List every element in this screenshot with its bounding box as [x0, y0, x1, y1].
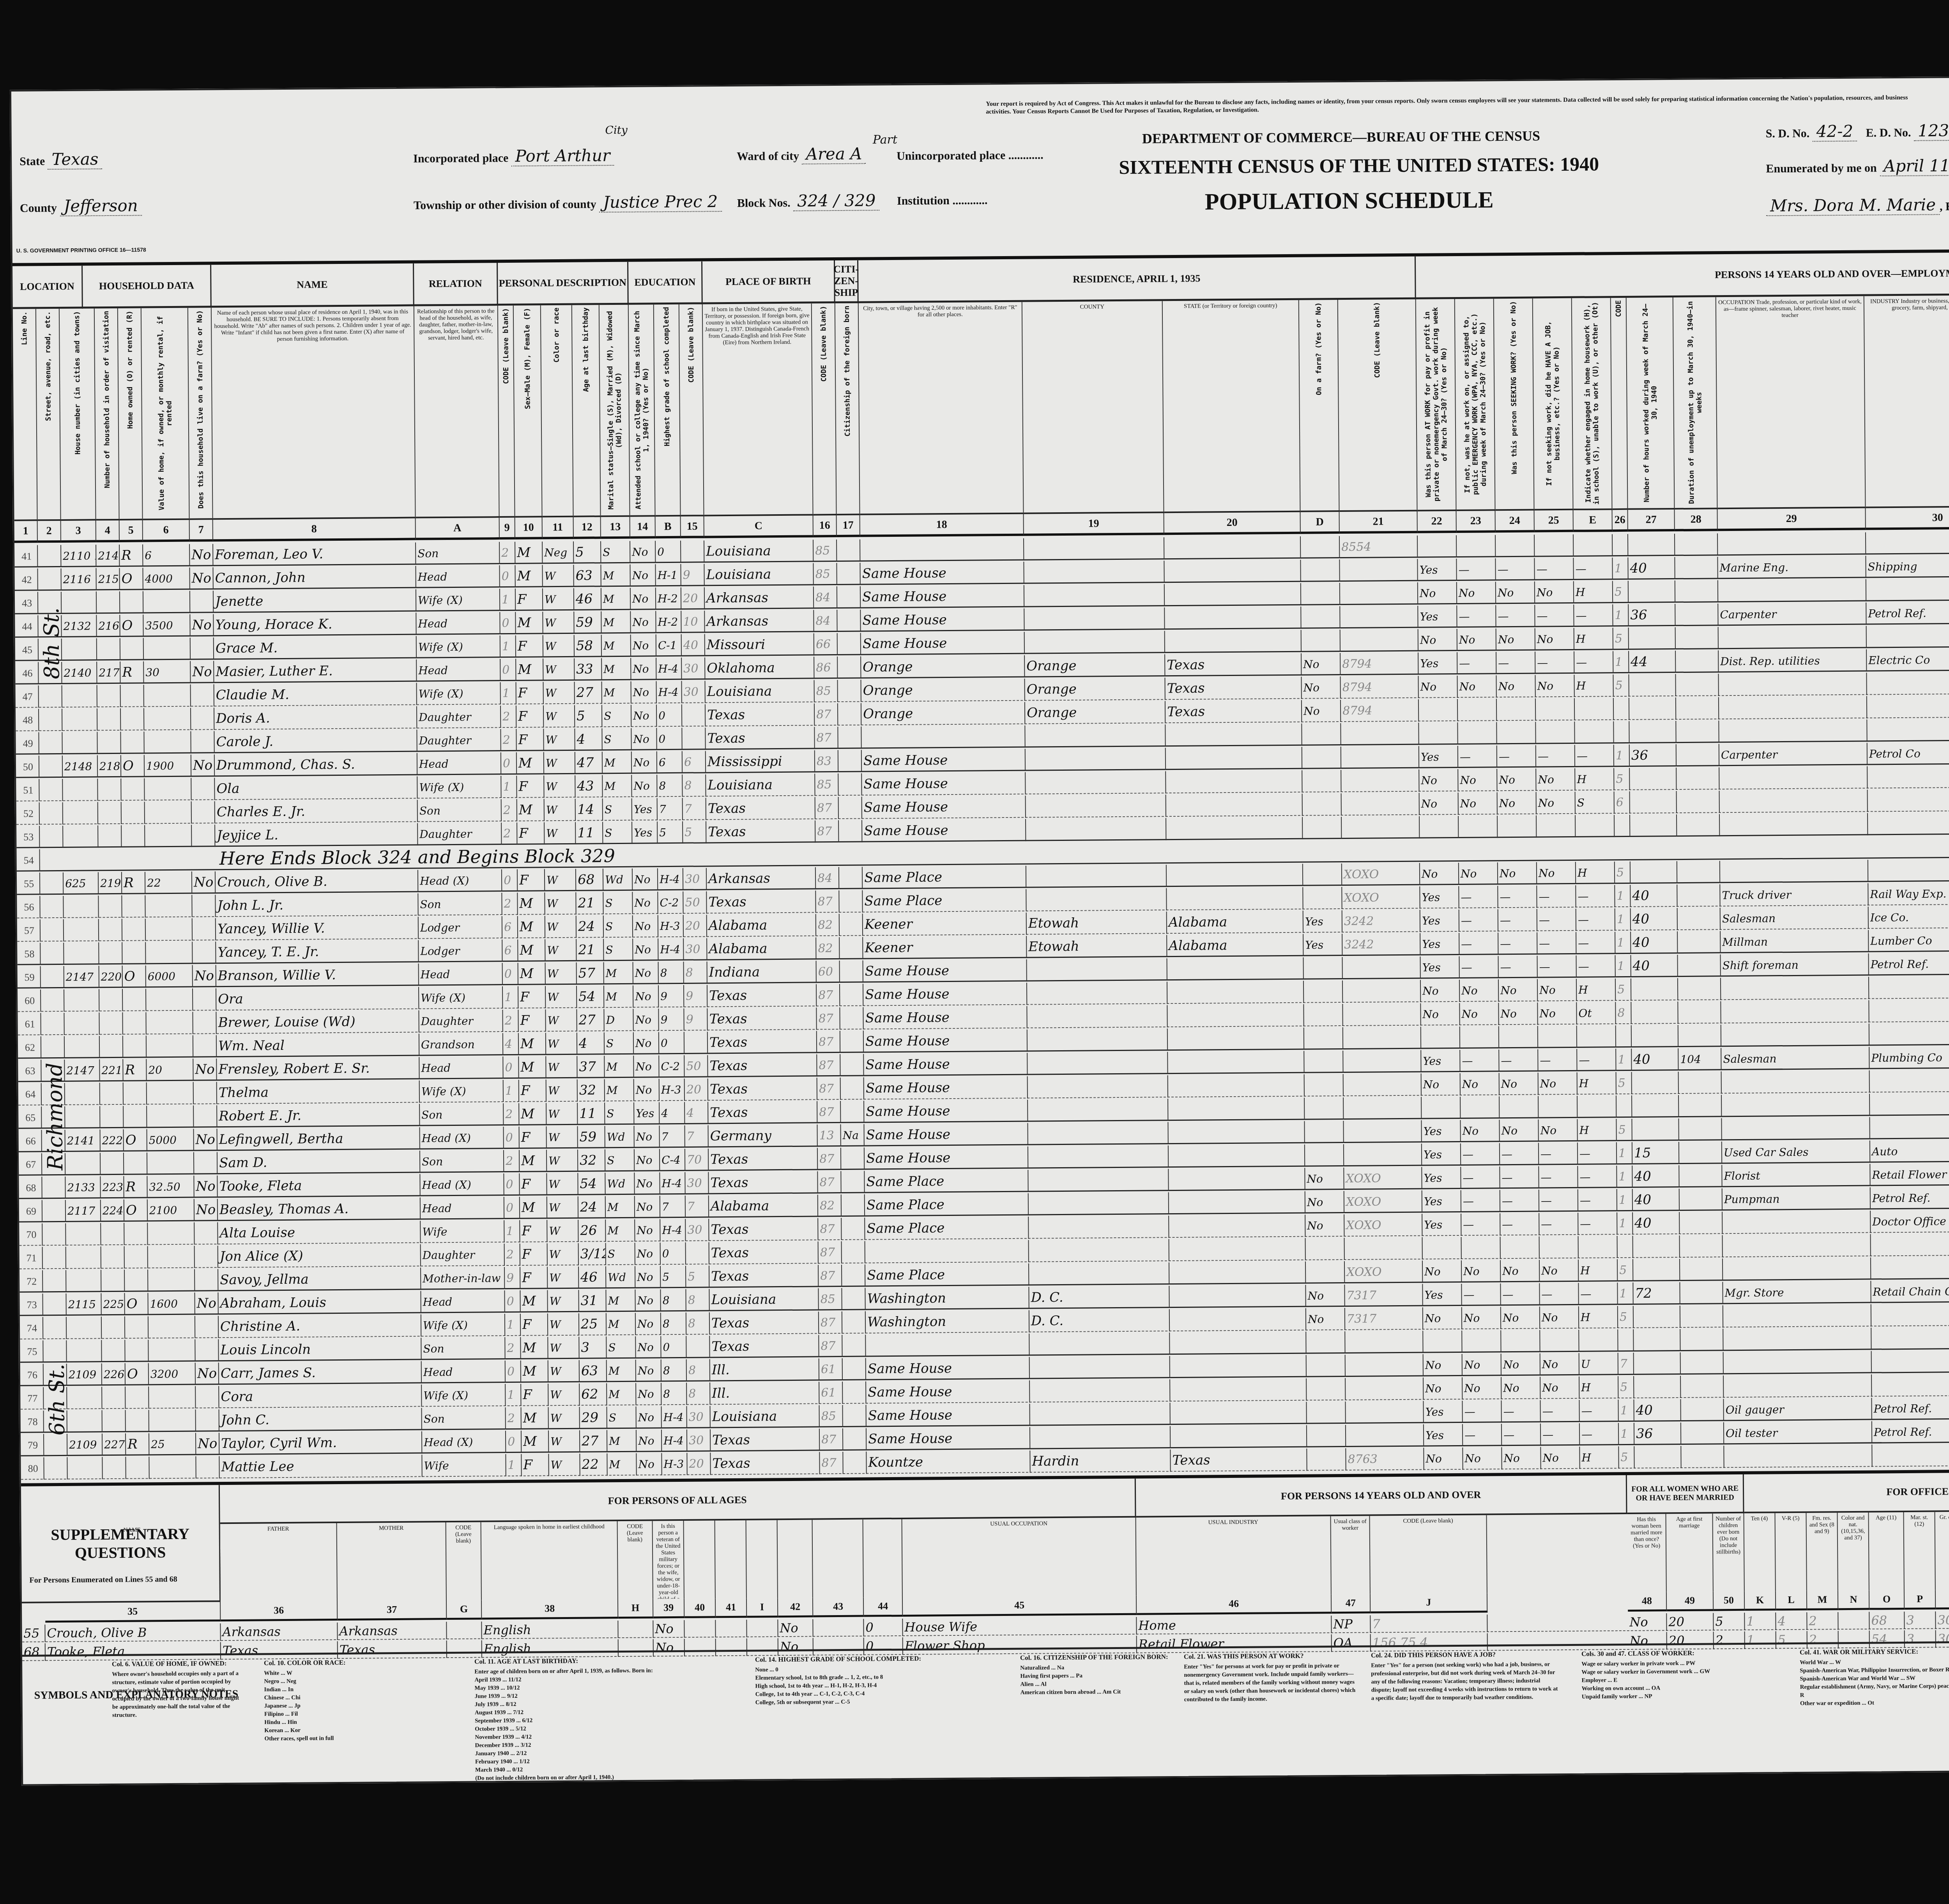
cell-own[interactable]: R — [124, 1176, 147, 1198]
cell-race[interactable]: W — [546, 1056, 577, 1079]
cell-res20[interactable]: No — [1302, 653, 1341, 676]
cell-sch[interactable]: No — [633, 938, 658, 961]
cell-rel[interactable]: Wife (X) — [416, 589, 500, 611]
cell-farm[interactable] — [195, 1246, 218, 1268]
cell-sch[interactable]: No — [637, 1406, 662, 1428]
cell-res20[interactable] — [1301, 536, 1340, 559]
cell-own[interactable]: R — [120, 661, 144, 683]
cell-e24[interactable]: — — [1537, 932, 1576, 955]
cell-cB[interactable] — [684, 1032, 708, 1054]
cell-street[interactable] — [39, 732, 62, 754]
cell-cB[interactable] — [686, 1336, 710, 1358]
cell-e27[interactable] — [1680, 1282, 1723, 1304]
cell-hh[interactable]: 221 — [100, 1059, 123, 1081]
cell-e24[interactable]: — — [1535, 651, 1574, 674]
cell-mar[interactable]: S — [605, 1032, 634, 1055]
cell-e21[interactable] — [1422, 1097, 1461, 1119]
cell-res20[interactable] — [1305, 1121, 1344, 1143]
cell-name[interactable]: Thelma — [217, 1081, 420, 1104]
cell-occ[interactable]: Florist — [1722, 1164, 1870, 1187]
cell-res18[interactable] — [1028, 1169, 1169, 1192]
cell-rel[interactable]: Son — [416, 542, 500, 564]
cell-name[interactable]: Alta Louise — [218, 1221, 421, 1245]
cell-sex[interactable]: F — [517, 775, 544, 798]
cell-res20[interactable] — [1307, 1401, 1346, 1424]
cell-grade[interactable]: H-3 — [660, 1079, 685, 1101]
cell-hh[interactable] — [101, 1223, 124, 1245]
cell-line[interactable]: 42 — [14, 568, 38, 591]
cell-res19[interactable] — [1168, 1028, 1304, 1051]
cell-hh[interactable]: 226 — [102, 1363, 126, 1386]
cell-value[interactable] — [145, 802, 192, 824]
cell-cB[interactable]: 8 — [684, 961, 707, 984]
cell-line[interactable]: 61 — [18, 1013, 41, 1035]
cell-farm[interactable] — [195, 1222, 218, 1244]
cell-cD[interactable] — [1343, 980, 1421, 1003]
cell-e21[interactable]: Yes — [1422, 1214, 1461, 1236]
cell-sch[interactable]: No — [633, 915, 658, 937]
cell-occ[interactable] — [1720, 790, 1868, 813]
cell-res19[interactable] — [1169, 1145, 1305, 1168]
cell-farm[interactable]: No — [192, 871, 216, 894]
cell-age[interactable]: 5 — [574, 541, 601, 563]
cell-res17[interactable]: Same House — [864, 1053, 1028, 1076]
cell-cA[interactable]: 2 — [501, 706, 516, 728]
supp-cell-G[interactable] — [447, 1621, 482, 1639]
cell-ind[interactable]: Rail Way Exp. — [1868, 882, 1949, 906]
cell-e23[interactable]: No — [1501, 1306, 1540, 1329]
cell-hh[interactable] — [102, 1387, 126, 1409]
cell-occ[interactable]: Salesman — [1721, 1047, 1869, 1071]
cell-res17[interactable]: Same House — [861, 632, 1025, 655]
cell-line[interactable]: 53 — [16, 826, 40, 848]
cell-res18[interactable] — [1027, 982, 1167, 1005]
cell-e25[interactable]: H — [1579, 1376, 1618, 1399]
cell-value[interactable]: 32.50 — [147, 1176, 194, 1198]
cell-res18[interactable] — [1024, 561, 1164, 584]
cell-cA[interactable]: 4 — [503, 1033, 519, 1055]
cell-hh[interactable]: 227 — [103, 1433, 126, 1456]
cell-age[interactable]: 21 — [577, 939, 604, 961]
cell-sch[interactable]: No — [633, 868, 658, 890]
cell-e22[interactable]: — — [1460, 1049, 1499, 1072]
cell-street[interactable] — [40, 802, 63, 825]
cell-hh[interactable] — [97, 591, 120, 614]
cell-res19[interactable] — [1170, 1402, 1307, 1425]
cell-value[interactable] — [143, 591, 190, 614]
cell-mar[interactable]: S — [602, 705, 631, 727]
cell-res17[interactable]: Same House — [863, 959, 1027, 983]
cell-birth[interactable]: Texas — [708, 1078, 817, 1101]
cell-res19[interactable] — [1166, 794, 1303, 817]
cell-cB[interactable]: 9 — [681, 564, 704, 586]
cell-res18[interactable]: D. C. — [1029, 1286, 1169, 1309]
cell-rel[interactable]: Head (X) — [422, 1431, 506, 1453]
cell-cE[interactable] — [1616, 1025, 1632, 1048]
cell-mar[interactable]: M — [602, 658, 631, 681]
cell-cA[interactable]: 0 — [502, 869, 518, 892]
cell-house[interactable] — [62, 732, 97, 754]
cell-name[interactable]: Ola — [215, 777, 417, 800]
cell-cit[interactable] — [839, 797, 862, 819]
cell-e24[interactable] — [1536, 698, 1575, 721]
cell-age[interactable]: 14 — [576, 798, 603, 821]
cell-e22[interactable]: — — [1459, 909, 1498, 932]
cell-occ[interactable] — [1719, 720, 1867, 743]
cell-cB[interactable]: 50 — [684, 1055, 708, 1077]
cell-birth[interactable]: Texas — [709, 1171, 818, 1194]
supp-cell-name[interactable]: Crouch, Olive B — [45, 1623, 221, 1642]
cell-hh[interactable] — [100, 1036, 123, 1058]
cell-e27[interactable] — [1678, 954, 1721, 977]
cell-e22[interactable]: No — [1462, 1307, 1501, 1329]
cell-res19[interactable] — [1166, 770, 1302, 793]
cell-cE[interactable]: 5 — [1613, 674, 1629, 697]
cell-line[interactable]: 70 — [19, 1223, 42, 1246]
cell-e27[interactable] — [1675, 580, 1718, 603]
cell-cD[interactable] — [1340, 559, 1418, 582]
cell-mar[interactable]: Wd — [603, 869, 633, 891]
cell-ind[interactable] — [1871, 1256, 1949, 1280]
cell-name[interactable]: Carole J. — [214, 730, 417, 754]
cell-own[interactable]: R — [120, 544, 143, 566]
cell-sex[interactable]: M — [518, 916, 545, 938]
cell-res20[interactable] — [1304, 1027, 1343, 1050]
cell-ind[interactable]: Petrol Ref. — [1872, 1420, 1949, 1444]
cell-rel[interactable]: Wife (X) — [420, 1080, 504, 1102]
cell-cA[interactable]: 0 — [503, 1056, 519, 1079]
supp-cell-mother[interactable]: Arkansas — [338, 1622, 447, 1640]
cell-cC[interactable]: 85 — [819, 1288, 842, 1310]
cell-occ[interactable] — [1723, 1328, 1871, 1351]
cell-age[interactable]: 54 — [577, 986, 604, 1008]
cell-e26[interactable] — [1629, 721, 1676, 743]
cell-e23[interactable]: — — [1498, 933, 1537, 955]
cell-e26[interactable]: 36 — [1630, 744, 1677, 767]
cell-cE[interactable]: 5 — [1618, 1306, 1634, 1328]
cell-own[interactable]: O — [123, 965, 146, 987]
cell-cD[interactable] — [1344, 1097, 1422, 1120]
cell-cE[interactable]: 8 — [1616, 1002, 1631, 1024]
cell-own[interactable] — [124, 1152, 147, 1175]
cell-ind[interactable] — [1868, 765, 1949, 789]
cell-cit[interactable] — [838, 656, 861, 679]
cell-mar[interactable]: M — [603, 775, 632, 798]
cell-e26[interactable]: 40 — [1631, 955, 1678, 977]
cell-res19[interactable] — [1166, 817, 1303, 840]
cell-e27[interactable] — [1681, 1352, 1724, 1375]
cell-e22[interactable] — [1459, 816, 1498, 838]
cell-sex[interactable]: M — [519, 1103, 546, 1125]
cell-cC[interactable]: 61 — [819, 1382, 843, 1404]
cell-cit[interactable] — [840, 1007, 863, 1030]
cell-race[interactable]: W — [544, 729, 575, 751]
cell-e24[interactable]: No — [1538, 1002, 1577, 1025]
cell-e23[interactable] — [1501, 1330, 1540, 1352]
cell-res19[interactable]: Texas — [1171, 1449, 1307, 1472]
cell-own[interactable]: O — [120, 614, 143, 637]
cell-name[interactable]: Branson, Willie V. — [216, 964, 419, 987]
cell-cB[interactable] — [681, 540, 704, 563]
cell-res18[interactable] — [1028, 1145, 1169, 1169]
cell-res18[interactable] — [1028, 1099, 1168, 1122]
cell-cD[interactable] — [1343, 1027, 1421, 1049]
cell-hh[interactable] — [103, 1410, 126, 1432]
cell-res20[interactable] — [1301, 559, 1340, 582]
cell-e24[interactable]: No — [1537, 792, 1576, 814]
cell-cB[interactable]: 8 — [687, 1359, 710, 1381]
cell-e24[interactable]: No — [1535, 628, 1574, 651]
cell-street[interactable] — [42, 1200, 66, 1222]
cell-cit[interactable] — [841, 1078, 864, 1100]
cell-ind[interactable] — [1870, 1116, 1949, 1140]
cell-e21[interactable]: Yes — [1419, 746, 1458, 768]
cell-cB[interactable] — [686, 1242, 709, 1264]
cell-grade[interactable]: 8 — [661, 1313, 686, 1335]
cell-cA[interactable]: 6 — [502, 916, 518, 938]
cell-grade[interactable]: 0 — [657, 728, 682, 750]
cell-mar[interactable]: M — [607, 1313, 636, 1336]
cell-res17[interactable]: Same House — [861, 609, 1024, 632]
cell-e22[interactable]: No — [1461, 1073, 1500, 1095]
cell-house[interactable]: 2109 — [67, 1363, 102, 1386]
cell-race[interactable]: W — [543, 635, 575, 658]
cell-cD[interactable] — [1340, 606, 1418, 628]
cell-line[interactable]: 62 — [18, 1036, 41, 1058]
cell-hh[interactable]: 215 — [96, 568, 120, 590]
cell-value[interactable] — [149, 1410, 196, 1432]
cell-hh[interactable]: 217 — [97, 662, 120, 684]
cell-cA[interactable]: 0 — [503, 963, 518, 985]
cell-res19[interactable]: Texas — [1165, 677, 1302, 700]
cell-res17[interactable]: Same House — [863, 1006, 1027, 1030]
cell-own[interactable] — [122, 942, 146, 964]
cell-hh[interactable]: 225 — [101, 1293, 125, 1315]
cell-rel[interactable]: Son — [418, 893, 502, 915]
cell-e22[interactable]: No — [1461, 1120, 1500, 1142]
cell-grade[interactable]: H-3 — [658, 915, 684, 937]
cell-cC[interactable]: 87 — [817, 1007, 840, 1030]
cell-occ[interactable] — [1718, 579, 1866, 603]
cell-age[interactable]: 43 — [575, 775, 603, 797]
cell-hh[interactable]: 220 — [99, 966, 123, 988]
cell-res18[interactable] — [1030, 1356, 1170, 1379]
cell-res17[interactable]: Keener — [863, 913, 1027, 936]
cell-house[interactable]: 2132 — [62, 615, 97, 637]
cell-own[interactable] — [125, 1269, 148, 1292]
cell-cD[interactable] — [1341, 770, 1419, 792]
cell-value[interactable] — [148, 1246, 195, 1269]
cell-e22[interactable]: No — [1459, 862, 1498, 885]
cell-cC[interactable]: 87 — [817, 1054, 840, 1076]
cell-line[interactable]: 80 — [21, 1457, 44, 1479]
cell-age[interactable]: 3/12 — [579, 1243, 606, 1265]
cell-res20[interactable]: No — [1305, 1214, 1344, 1237]
cell-cit[interactable] — [842, 1218, 865, 1240]
cell-farm[interactable]: No — [190, 567, 213, 589]
cell-value[interactable] — [148, 1223, 195, 1245]
cell-farm[interactable]: No — [193, 965, 216, 987]
cell-hh[interactable] — [100, 1083, 124, 1105]
cell-house[interactable] — [65, 1106, 100, 1129]
cell-rel[interactable]: Son — [418, 799, 502, 822]
cell-sch[interactable]: No — [632, 751, 657, 773]
cell-own[interactable]: O — [125, 1293, 148, 1315]
cell-e22[interactable]: No — [1458, 769, 1497, 791]
cell-cD[interactable]: 3242 — [1342, 933, 1420, 956]
cell-house[interactable] — [64, 989, 99, 1012]
cell-e22[interactable]: No — [1460, 1003, 1499, 1025]
cell-age[interactable]: 4 — [575, 728, 602, 750]
cell-occ[interactable] — [1719, 766, 1868, 790]
cell-res17[interactable] — [866, 1334, 1029, 1357]
cell-cC[interactable]: 87 — [815, 727, 838, 749]
cell-cB[interactable]: 7 — [685, 1125, 708, 1147]
cell-e27[interactable] — [1678, 908, 1721, 930]
cell-farm[interactable] — [193, 988, 216, 1010]
cell-res18[interactable] — [1028, 1075, 1168, 1099]
cell-value[interactable] — [149, 1386, 196, 1409]
cell-e27[interactable] — [1680, 1212, 1723, 1234]
cell-rel[interactable]: Wife (X) — [417, 635, 501, 658]
cell-cit[interactable] — [837, 540, 860, 562]
cell-farm[interactable] — [191, 778, 215, 800]
cell-e21[interactable]: Yes — [1423, 1284, 1462, 1306]
cell-e23[interactable]: No — [1500, 1120, 1539, 1142]
cell-sex[interactable]: M — [518, 939, 545, 961]
cell-grade[interactable]: 7 — [660, 1125, 685, 1148]
cell-sex[interactable]: M — [519, 1056, 546, 1078]
cell-grade[interactable]: 9 — [659, 985, 684, 1007]
cell-sex[interactable]: M — [516, 658, 543, 681]
cell-res18[interactable] — [1024, 607, 1165, 631]
cell-rel[interactable]: Head (X) — [418, 869, 502, 892]
cell-race[interactable]: W — [548, 1313, 579, 1336]
cell-res19[interactable] — [1165, 607, 1301, 630]
cell-race[interactable]: W — [548, 1384, 580, 1406]
cell-res17[interactable]: Same House — [867, 1427, 1030, 1451]
cell-line[interactable]: 60 — [18, 989, 41, 1012]
cell-sch[interactable]: No — [631, 587, 656, 610]
cell-race[interactable]: W — [546, 1126, 578, 1149]
cell-birth[interactable]: Texas — [709, 1265, 819, 1288]
cell-ind[interactable]: Retail Chain Gro. — [1871, 1280, 1949, 1303]
cell-cE[interactable]: 5 — [1617, 1072, 1632, 1094]
cell-cE[interactable] — [1613, 534, 1628, 556]
cell-birth[interactable]: Texas — [706, 797, 815, 820]
cell-own[interactable]: O — [121, 755, 145, 777]
cell-cC[interactable]: 87 — [818, 1218, 842, 1240]
cell-e21[interactable]: No — [1419, 769, 1458, 792]
cell-res17[interactable]: Same House — [866, 1404, 1030, 1427]
cell-house[interactable]: 2140 — [62, 662, 97, 684]
cell-race[interactable]: W — [546, 986, 577, 1009]
cell-grade[interactable]: 5 — [661, 1266, 686, 1288]
cell-res17[interactable]: Same House — [864, 1030, 1028, 1053]
cell-cC[interactable]: 87 — [816, 890, 839, 913]
cell-sex[interactable]: M — [517, 799, 545, 821]
cell-cit[interactable] — [842, 1265, 865, 1287]
cell-e26[interactable] — [1632, 1095, 1679, 1118]
cell-e23[interactable]: No — [1499, 979, 1538, 1002]
cell-res17[interactable]: Same House — [861, 585, 1024, 609]
cell-own[interactable]: R — [122, 872, 145, 894]
cell-cit[interactable] — [842, 1335, 866, 1357]
cell-cE[interactable]: 1 — [1615, 955, 1631, 977]
cell-e23[interactable]: — — [1496, 558, 1535, 581]
cell-e24[interactable]: No — [1539, 1119, 1578, 1142]
cell-house[interactable] — [63, 825, 98, 848]
cell-cit[interactable] — [840, 1031, 864, 1053]
cell-sex[interactable]: F — [519, 1126, 546, 1148]
cell-cit[interactable] — [839, 820, 862, 842]
cell-value[interactable] — [147, 1035, 193, 1058]
cell-cE[interactable] — [1615, 815, 1630, 837]
cell-cB[interactable]: 30 — [686, 1219, 709, 1241]
cell-sch[interactable]: No — [636, 1383, 661, 1405]
cell-cit[interactable] — [838, 773, 862, 796]
cell-cE[interactable]: 5 — [1613, 628, 1629, 650]
cell-cA[interactable]: 0 — [506, 1431, 522, 1453]
cell-cA[interactable]: 1 — [504, 1080, 519, 1102]
cell-e23[interactable] — [1496, 535, 1535, 557]
cell-name[interactable]: Mattie Lee — [219, 1455, 422, 1479]
cell-e21[interactable]: Yes — [1418, 652, 1457, 675]
cell-house[interactable] — [65, 1153, 101, 1175]
cell-birth[interactable]: Texas — [706, 727, 815, 750]
cell-e26[interactable]: 40 — [1631, 908, 1678, 931]
cell-line[interactable]: 48 — [16, 709, 39, 731]
cell-house[interactable] — [64, 1012, 99, 1035]
cell-e22[interactable]: — — [1457, 652, 1496, 674]
cell-farm[interactable]: No — [190, 544, 213, 566]
cell-res18[interactable] — [1030, 1426, 1171, 1449]
cell-cA[interactable]: 0 — [505, 1290, 520, 1313]
cell-house[interactable]: 2147 — [65, 1059, 100, 1082]
cell-cA[interactable]: 2 — [504, 1103, 519, 1125]
cell-name[interactable]: Claudie M. — [214, 683, 417, 707]
cell-name[interactable]: Charles E. Jr. — [215, 800, 418, 824]
cell-house[interactable] — [64, 942, 99, 965]
cell-birth[interactable]: Alabama — [709, 1194, 818, 1217]
cell-e24[interactable]: No — [1537, 862, 1576, 885]
cell-age[interactable]: 31 — [579, 1290, 606, 1312]
cell-ind[interactable]: Lumber Co — [1869, 929, 1949, 952]
cell-e22[interactable] — [1462, 1237, 1501, 1259]
cell-house[interactable] — [67, 1457, 103, 1479]
cell-line[interactable]: 59 — [18, 966, 41, 988]
cell-age[interactable]: 22 — [580, 1453, 607, 1476]
cell-value[interactable] — [144, 685, 191, 707]
cell-rel[interactable]: Wife (X) — [419, 986, 503, 1009]
cell-cD[interactable]: 8554 — [1340, 536, 1418, 558]
cell-cD[interactable]: 8763 — [1346, 1448, 1424, 1470]
cell-value[interactable]: 1900 — [145, 755, 191, 777]
cell-house[interactable] — [67, 1387, 102, 1409]
cell-birth[interactable]: Texas — [709, 1218, 818, 1241]
cell-e27[interactable] — [1676, 674, 1719, 696]
cell-cD[interactable] — [1344, 1144, 1422, 1166]
cell-e25[interactable]: Ot — [1577, 1002, 1616, 1025]
cell-cD[interactable] — [1342, 957, 1420, 979]
cell-e22[interactable]: — — [1462, 1283, 1501, 1306]
cell-res17[interactable]: Same Place — [865, 1263, 1029, 1287]
cell-cC[interactable]: 87 — [819, 1241, 842, 1263]
cell-ind[interactable] — [1870, 1093, 1949, 1116]
cell-cD[interactable] — [1345, 1331, 1423, 1354]
cell-e24[interactable]: No — [1540, 1306, 1579, 1329]
cell-cit[interactable] — [838, 633, 861, 655]
